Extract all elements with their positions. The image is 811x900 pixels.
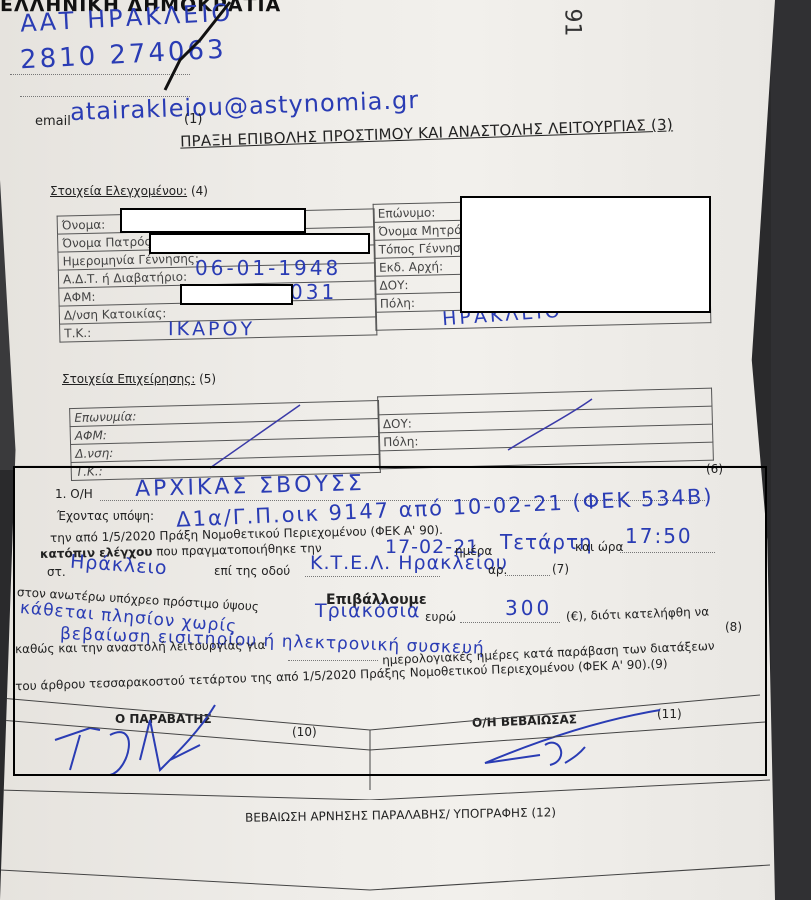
redaction-name: [120, 208, 306, 233]
ink-slash-mark: [130, 0, 240, 110]
business-section-title: Στοιχεία Επιχείρησης:: [62, 372, 195, 386]
redaction-father: [149, 233, 370, 254]
background-surface: [771, 0, 811, 900]
strike-line-right: [500, 395, 600, 455]
business-section-label: Στοιχεία Επιχείρησης: (5): [62, 372, 216, 386]
highlight-box-act-section: [13, 466, 767, 776]
email-value: atairakleiou@astynomia.gr: [70, 86, 420, 126]
ref-1: (1): [184, 112, 202, 127]
controlled-section-ref: (4): [191, 184, 208, 198]
bottom-box-line: [0, 860, 775, 900]
business-section-ref: (5): [199, 372, 216, 386]
address-value: ΙΚΑΡΟΥ: [168, 318, 255, 340]
id-value-visible: 031: [290, 280, 337, 304]
refusal-label: ΒΕΒΑΙΩΣΗ ΑΡΝΗΣΗΣ ΠΑΡΑΛΑΒΗΣ/ ΥΠΟΓΡΑΦΗΣ (1…: [245, 805, 556, 824]
document-number: 91: [560, 9, 585, 37]
redaction-right-block: [460, 196, 711, 313]
strike-line-left: [200, 400, 310, 470]
email-label: email: [35, 114, 71, 129]
redaction-id: [180, 284, 293, 305]
document-title: ΠΡΑΞΗ ΕΠΙΒΟΛΗΣ ΠΡΟΣΤΙΜΟΥ ΚΑΙ ΑΝΑΣΤΟΛΗΣ Λ…: [180, 115, 673, 150]
birthdate-value: 06-01-1948: [195, 256, 341, 280]
controlled-section-label: Στοιχεία Ελεγχομένου: (4): [50, 184, 208, 198]
controlled-section-title: Στοιχεία Ελεγχομένου:: [50, 184, 187, 198]
